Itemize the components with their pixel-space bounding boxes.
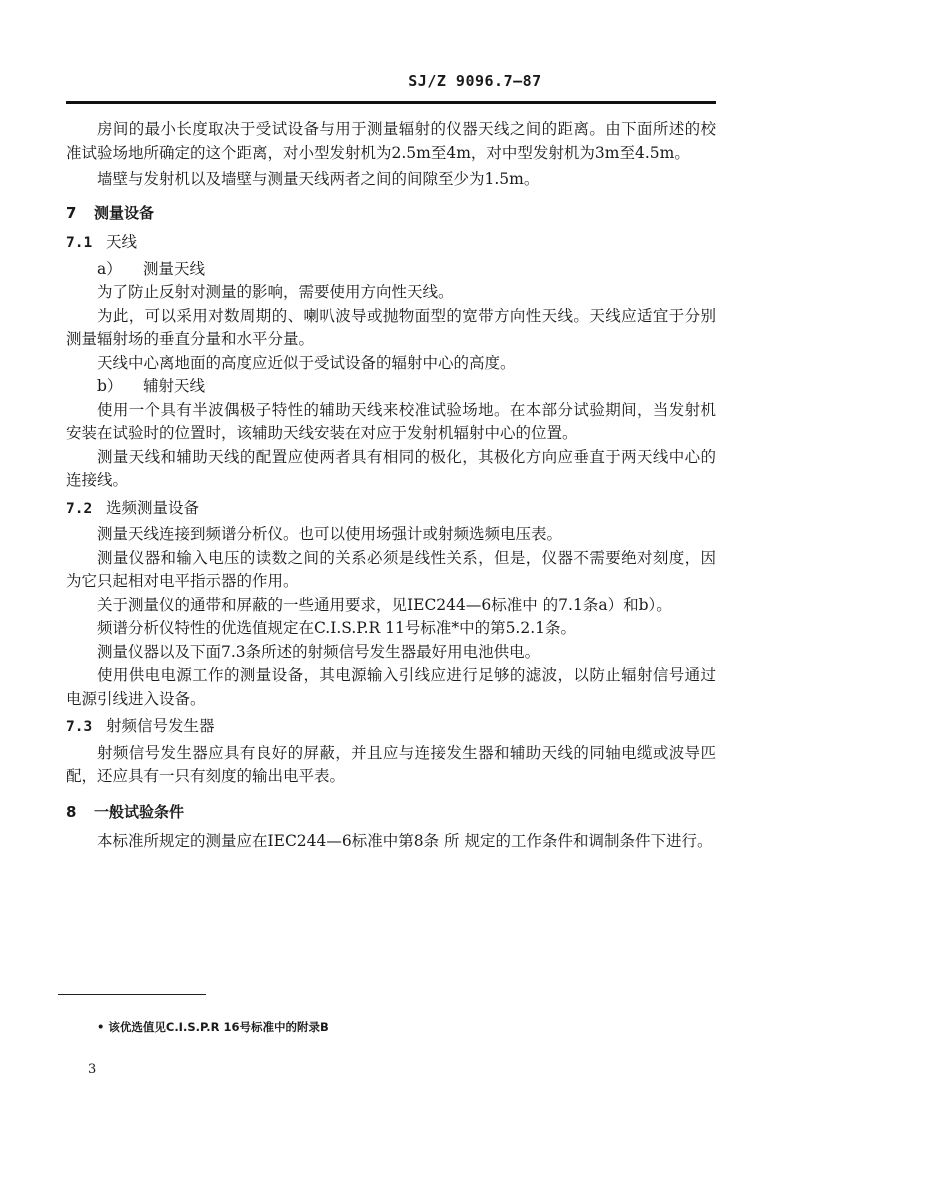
paragraph: 测量天线和辅助天线的配置应使两者具有相同的极化，其极化方向应垂直于两天线中心的连…: [66, 446, 716, 493]
section-number: 7: [66, 202, 94, 226]
intro-paragraph: 房间的最小长度取决于受试设备与用于测量辐射的仪器天线之间的距离。由下面所述的校准…: [66, 118, 716, 165]
item-label: a）: [97, 258, 143, 282]
footnote-rule: [58, 994, 206, 995]
section-heading-7: 7测量设备: [66, 202, 716, 226]
paragraph: 天线中心离地面的高度应近似于受试设备的辐射中心的高度。: [66, 352, 716, 376]
subsection-heading-7-2: 7.2选频测量设备: [66, 497, 716, 522]
item-heading-a: a）测量天线: [66, 258, 716, 282]
footnote-marker: •: [97, 1020, 104, 1034]
subsection-title: 射频信号发生器: [106, 717, 215, 735]
paragraph: 测量仪器以及下面7.3条所述的射频信号发生器最好用电池供电。: [66, 641, 716, 665]
section-title: 一般试验条件: [94, 803, 184, 821]
subsection-heading-7-3: 7.3射频信号发生器: [66, 715, 716, 740]
subsection-number: 7.1: [66, 232, 106, 256]
paragraph: 关于测量仪的通带和屏蔽的一些通用要求，见IEC244—6标准中 的7.1条a）和…: [66, 594, 716, 618]
item-heading-b: b）辅射天线: [66, 375, 716, 399]
subsection-heading-7-1: 7.1天线: [66, 231, 716, 256]
standard-code: SJ/Z 9096.7—87: [408, 72, 541, 90]
paragraph: 为此，可以采用对数周期的、喇叭波导或抛物面型的宽带方向性天线。天线应适宜于分别测…: [66, 305, 716, 352]
page-number: 3: [88, 1062, 96, 1077]
paragraph: 本标准所规定的测量应在IEC244—6标准中第8条 所 规定的工作条件和调制条件…: [66, 830, 716, 854]
paragraph: 为了防止反射对测量的影响，需要使用方向性天线。: [66, 281, 716, 305]
subsection-title: 天线: [106, 233, 137, 251]
item-label: b）: [97, 375, 143, 399]
paragraph: 使用供电电源工作的测量设备，其电源输入引线应进行足够的滤波，以防止辐射信号通过电…: [66, 664, 716, 711]
intro-paragraph: 墙壁与发射机以及墙壁与测量天线两者之间的间隙至少为1.5m。: [66, 168, 716, 192]
item-title: 辅射天线: [143, 377, 205, 395]
paragraph: 频谱分析仪特性的优选值规定在C.I.S.P.R 11号标准*中的第5.2.1条。: [66, 617, 716, 641]
paragraph: 测量仪器和输入电压的读数之间的关系必须是线性关系，但是，仪器不需要绝对刻度，因为…: [66, 547, 716, 594]
section-heading-8: 8一般试验条件: [66, 801, 716, 825]
header-rule: [66, 101, 716, 104]
paragraph: 测量天线连接到频谱分析仪。也可以使用场强计或射频选频电压表。: [66, 523, 716, 547]
subsection-number: 7.2: [66, 498, 106, 522]
footnote: • 该优选值见C.I.S.P.R 16号标准中的附录B: [97, 1019, 329, 1035]
section-number: 8: [66, 801, 94, 825]
item-title: 测量天线: [143, 260, 205, 278]
paragraph: 射频信号发生器应具有良好的屏蔽，并且应与连接发生器和辅助天线的同轴电缆或波导匹配…: [66, 742, 716, 789]
footnote-text: 该优选值见C.I.S.P.R 16号标准中的附录B: [108, 1020, 328, 1034]
section-title: 测量设备: [94, 204, 154, 222]
subsection-title: 选频测量设备: [106, 499, 199, 517]
document-body: 房间的最小长度取决于受试设备与用于测量辐射的仪器天线之间的距离。由下面所述的校准…: [66, 118, 716, 854]
page-header: SJ/Z 9096.7—87: [0, 72, 950, 90]
subsection-number: 7.3: [66, 716, 106, 740]
paragraph: 使用一个具有半波偶极子特性的辅助天线来校准试验场地。在本部分试验期间，当发射机安…: [66, 399, 716, 446]
